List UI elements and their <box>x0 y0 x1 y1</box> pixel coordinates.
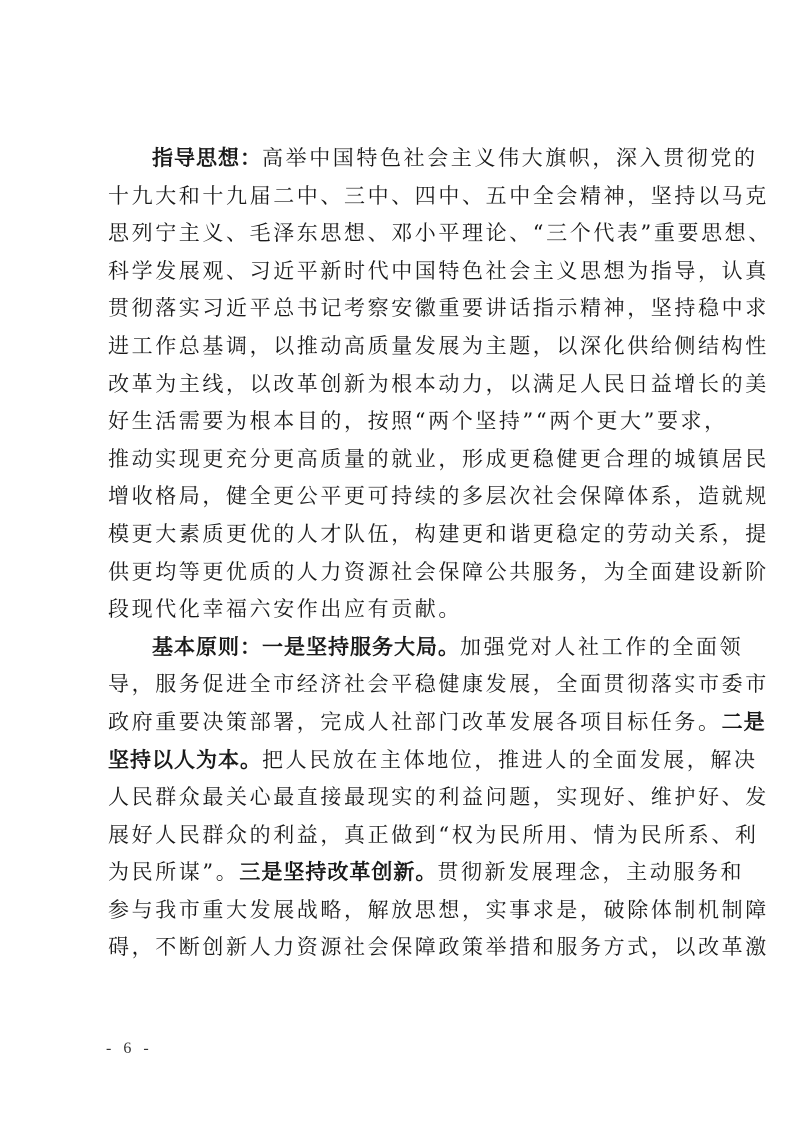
body-text: 供更均等更优质的人力资源社会保障公共服务，为全面建设新阶 <box>108 560 769 584</box>
text-line: 人民群众最关心最直接最现实的利益问题，实现好、维护好、发 <box>108 779 694 817</box>
body-text: 贯彻落实习近平总书记考察安徽重要讲话指示精神，坚持稳中求 <box>108 296 769 320</box>
body-text: 推动实现更充分更高质量的就业，形成更稳健更合理的城镇居民 <box>108 447 769 471</box>
body-text: 进工作总基调，以推动高质量发展为主题，以深化供给侧结构性 <box>108 334 769 358</box>
body-text: 为民所谋”。 <box>108 860 239 884</box>
text-line: 供更均等更优质的人力资源社会保障公共服务，为全面建设新阶 <box>108 554 694 592</box>
text-line: 贯彻落实习近平总书记考察安徽重要讲话指示精神，坚持稳中求 <box>108 290 694 328</box>
body-text: 展好人民群众的利益，真正做到“权为民所用、情为民所系、利 <box>108 823 759 847</box>
text-line: 好生活需要为根本目的，按照“两个坚持”“两个更大”要求， <box>108 403 694 441</box>
text-line: 段现代化幸福六安作出应有贡献。 <box>108 591 694 629</box>
body-text: 段现代化幸福六安作出应有贡献。 <box>108 597 462 621</box>
body-text: 政府重要决策部署，完成人社部门改革发展各项目标任务。 <box>108 710 722 734</box>
bold-text: 二是 <box>722 710 766 734</box>
page-number: - 6 - <box>106 1040 153 1058</box>
document-page: 指导思想：高举中国特色社会主义伟大旗帜，深入贯彻党的十九大和十九届二中、三中、四… <box>108 140 694 967</box>
text-line: 展好人民群众的利益，真正做到“权为民所用、情为民所系、利 <box>108 817 694 855</box>
body-text: 把人民放在主体地位，推进人的全面发展，解决 <box>262 748 758 772</box>
text-line: 参与我市重大发展战略，解放思想，实事求是，破除体制机制障 <box>108 892 694 930</box>
text-line: 改革为主线，以改革创新为根本动力，以满足人民日益增长的美 <box>108 366 694 404</box>
body-text: 改革为主线，以改革创新为根本动力，以满足人民日益增长的美 <box>108 372 769 396</box>
text-line: 为民所谋”。三是坚持改革创新。贯彻新发展理念，主动服务和 <box>108 854 694 892</box>
body-text: 高举中国特色社会主义伟大旗帜，深入贯彻党的 <box>262 146 758 170</box>
text-line: 进工作总基调，以推动高质量发展为主题，以深化供给侧结构性 <box>108 328 694 366</box>
body-text: 增收格局，健全更公平更可持续的多层次社会保障体系，造就规 <box>108 484 769 508</box>
text-line: 科学发展观、习近平新时代中国特色社会主义思想为指导，认真 <box>108 253 694 291</box>
body-text: 贯彻新发展理念，主动服务和 <box>437 860 744 884</box>
text-line: 坚持以人为本。把人民放在主体地位，推进人的全面发展，解决 <box>108 742 694 780</box>
text-line: 思列宁主义、毛泽东思想、邓小平理论、“三个代表”重要思想、 <box>108 215 694 253</box>
text-line: 推动实现更充分更高质量的就业，形成更稳健更合理的城镇居民 <box>108 441 694 479</box>
text-line: 导，服务促进全市经济社会平稳健康发展，全面贯彻落实市委市 <box>108 666 694 704</box>
body-text: 人民群众最关心最直接最现实的利益问题，实现好、维护好、发 <box>108 785 769 809</box>
bold-text: 基本原则： <box>152 635 262 659</box>
text-line: 指导思想：高举中国特色社会主义伟大旗帜，深入贯彻党的 <box>108 140 694 178</box>
body-text: 科学发展观、习近平新时代中国特色社会主义思想为指导，认真 <box>108 259 769 283</box>
body-text: 思列宁主义、毛泽东思想、邓小平理论、“三个代表”重要思想、 <box>108 221 772 245</box>
text-line: 政府重要决策部署，完成人社部门改革发展各项目标任务。二是 <box>108 704 694 742</box>
bold-text: 指导思想： <box>152 146 262 170</box>
text-line: 增收格局，健全更公平更可持续的多层次社会保障体系，造就规 <box>108 478 694 516</box>
body-text: 参与我市重大发展战略，解放思想，实事求是，破除体制机制障 <box>108 898 769 922</box>
body-text: 加强党对人社工作的全面领 <box>460 635 743 659</box>
paragraph-guiding-thought: 指导思想：高举中国特色社会主义伟大旗帜，深入贯彻党的十九大和十九届二中、三中、四… <box>108 140 694 629</box>
bold-text: 一是坚持服务大局。 <box>262 635 460 659</box>
body-text: 碍，不断创新人力资源社会保障政策举措和服务方式，以改革激 <box>108 935 769 959</box>
body-text: 十九大和十九届二中、三中、四中、五中全会精神，坚持以马克 <box>108 184 769 208</box>
text-line: 碍，不断创新人力资源社会保障政策举措和服务方式，以改革激 <box>108 929 694 967</box>
body-text: 模更大素质更优的人才队伍，构建更和谐更稳定的劳动关系，提 <box>108 522 769 546</box>
text-line: 模更大素质更优的人才队伍，构建更和谐更稳定的劳动关系，提 <box>108 516 694 554</box>
body-text: 导，服务促进全市经济社会平稳健康发展，全面贯彻落实市委市 <box>108 672 769 696</box>
bold-text: 三是坚持改革创新。 <box>239 860 437 884</box>
text-line: 基本原则：一是坚持服务大局。加强党对人社工作的全面领 <box>108 629 694 667</box>
text-line: 十九大和十九届二中、三中、四中、五中全会精神，坚持以马克 <box>108 178 694 216</box>
body-text: 好生活需要为根本目的，按照“两个坚持”“两个更大”要求， <box>108 409 728 433</box>
paragraph-basic-principles: 基本原则：一是坚持服务大局。加强党对人社工作的全面领导，服务促进全市经济社会平稳… <box>108 629 694 967</box>
bold-text: 坚持以人为本。 <box>108 748 262 772</box>
